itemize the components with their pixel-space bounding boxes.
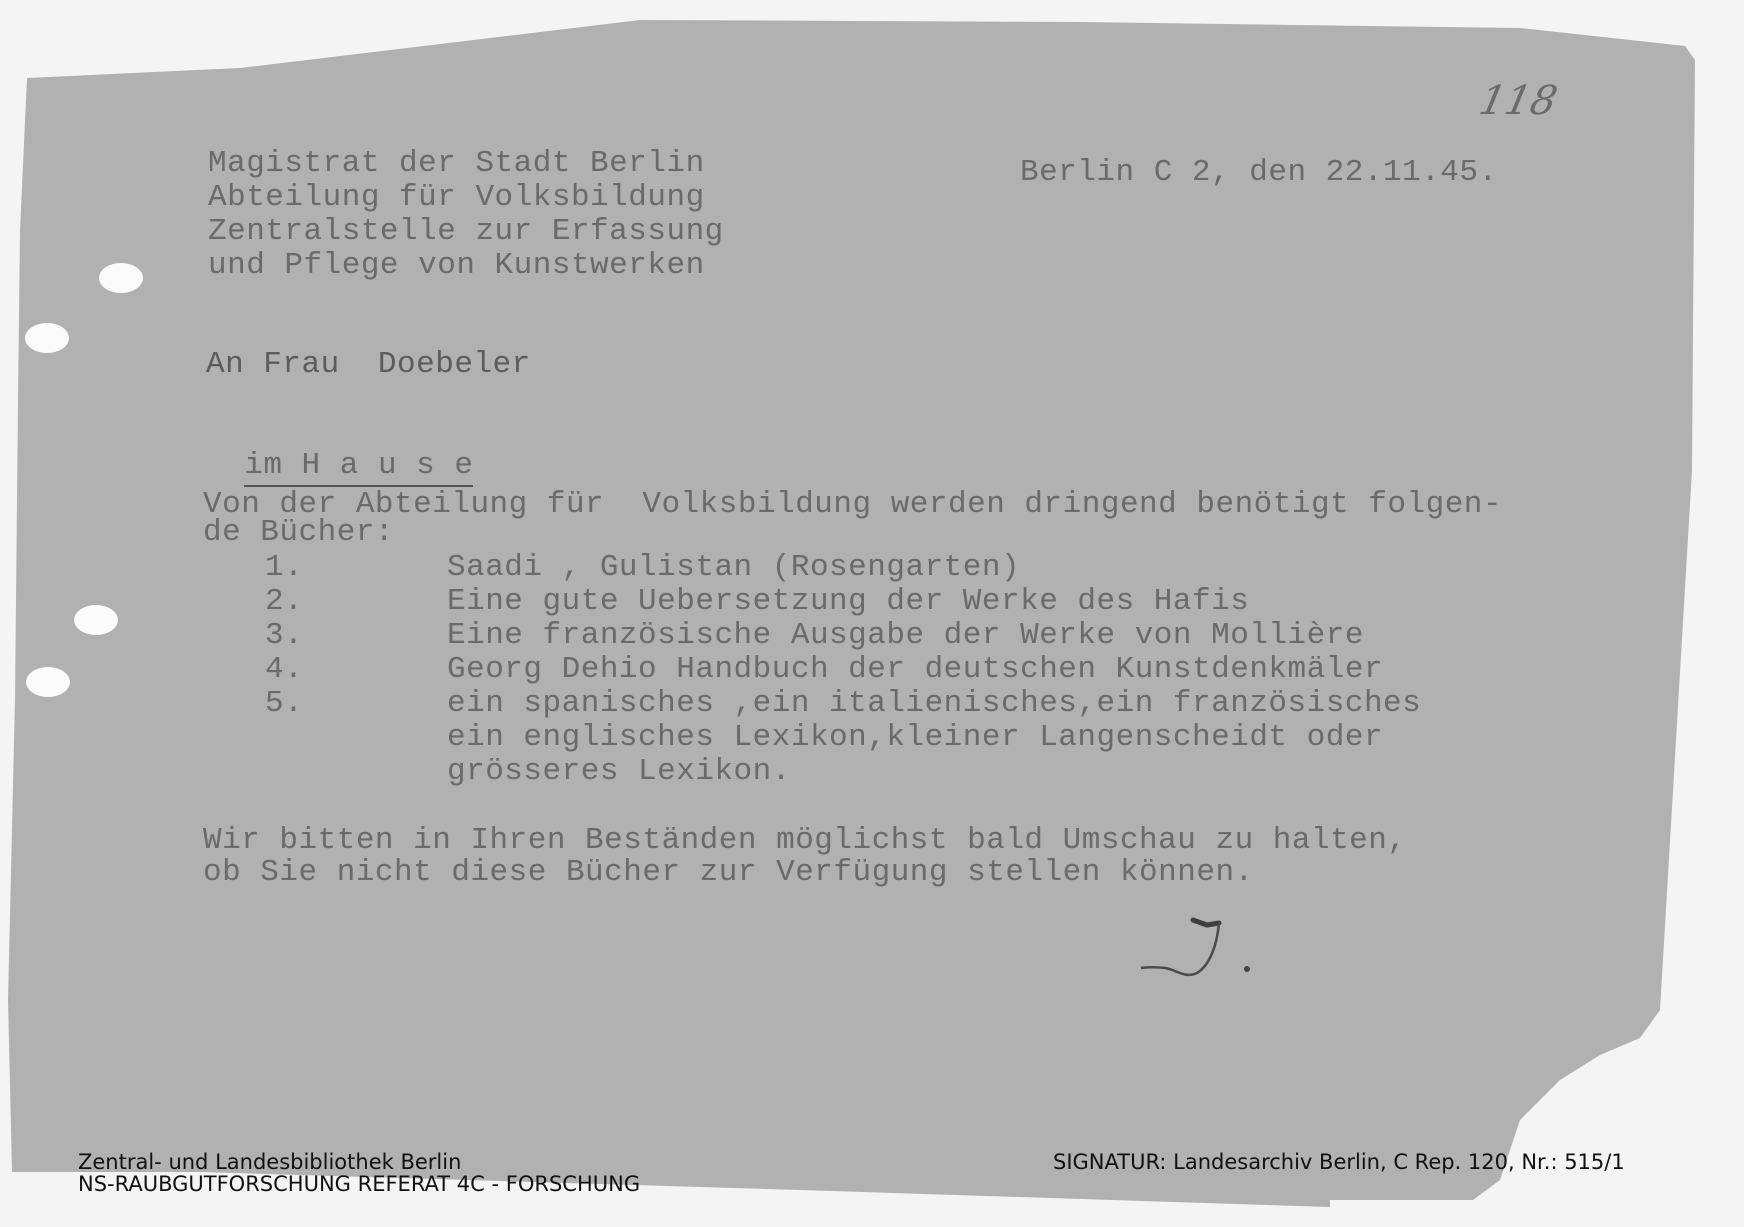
punch-hole: [26, 667, 70, 697]
in-house-line: im H a u s e: [206, 415, 473, 483]
recipient: An Frau Doebeler: [206, 348, 531, 382]
book-item: ein englisches Lexikon,kleiner Langensch…: [447, 721, 1383, 755]
closing-line: ob Sie nicht diese Bücher zur Verfügung …: [203, 856, 1254, 890]
signature-mark: [1135, 905, 1275, 985]
book-item: ein spanisches ,ein italienisches,ein fr…: [447, 687, 1421, 721]
intro-line: de Bücher:: [203, 516, 394, 550]
closing-line: Wir bitten in Ihren Beständen möglichst …: [203, 824, 1407, 858]
archive-signature: SIGNATUR: Landesarchiv Berlin, C Rep. 12…: [1053, 1150, 1625, 1174]
book-number: 3.: [265, 619, 303, 653]
book-number: 2.: [265, 585, 303, 619]
sender-line: und Pflege von Kunstwerken: [208, 249, 705, 283]
in-house-label: im H a u s e: [244, 448, 473, 487]
book-number: 5.: [265, 687, 303, 721]
library-name: Zentral- und Landesbibliothek Berlin: [78, 1150, 461, 1174]
page-number-note: 118: [1475, 78, 1561, 124]
book-item: grösseres Lexikon.: [447, 755, 791, 789]
sender-line: Abteilung für Volksbildung: [208, 181, 705, 215]
intro-line: Von der Abteilung für Volksbildung werde…: [203, 488, 1502, 522]
book-item: Eine gute Uebersetzung der Werke des Haf…: [447, 585, 1249, 619]
book-number: 4.: [265, 653, 303, 687]
punch-hole: [99, 263, 143, 293]
book-item: Saadi , Gulistan (Rosengarten): [447, 551, 1020, 585]
sender-line: Zentralstelle zur Erfassung: [208, 215, 724, 249]
book-item: Eine französische Ausgabe der Werke von …: [447, 619, 1364, 653]
place-date: Berlin C 2, den 22.11.45.: [1020, 156, 1498, 190]
punch-hole: [74, 605, 118, 635]
book-item: Georg Dehio Handbuch der deutschen Kunst…: [447, 653, 1383, 687]
library-department: NS-RAUBGUTFORSCHUNG REFERAT 4C - FORSCHU…: [78, 1172, 640, 1196]
sender-line: Magistrat der Stadt Berlin: [208, 147, 705, 181]
punch-hole: [25, 323, 69, 353]
book-number: 1.: [265, 551, 303, 585]
